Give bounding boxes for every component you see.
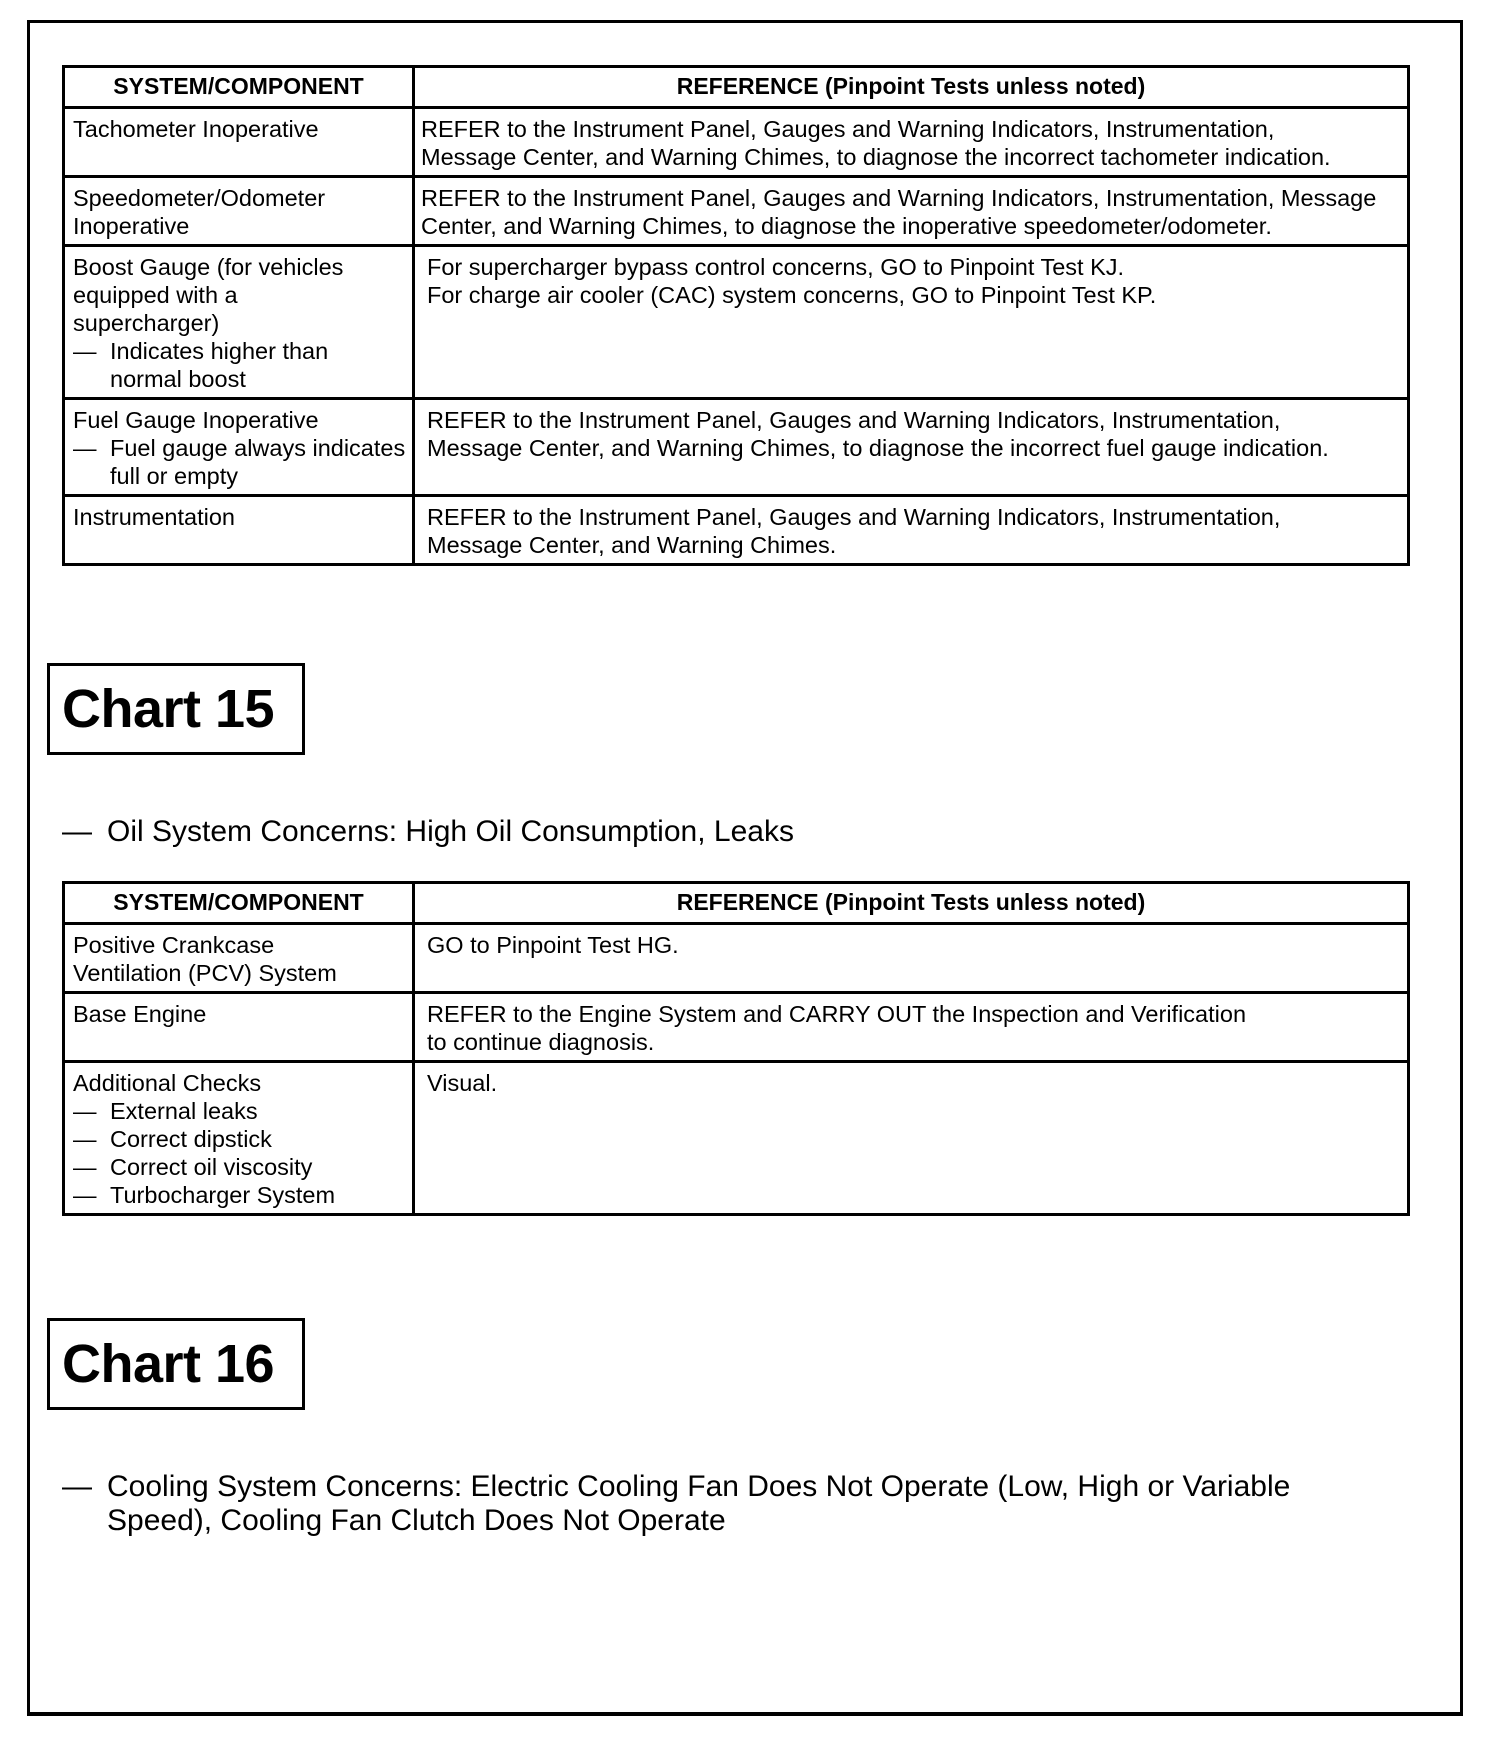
component-text: Inoperative: [73, 212, 406, 240]
reference-text: to continue diagnosis.: [427, 1028, 1401, 1056]
component-sub-text: Indicates higher than normal boost: [110, 338, 328, 392]
chart-16-subtitle: —Cooling System Concerns: Electric Cooli…: [62, 1470, 1402, 1538]
component-cell: Positive Crankcase Ventilation (PCV) Sys…: [64, 924, 414, 993]
reference-text: REFER to the Instrument Panel, Gauges an…: [421, 184, 1401, 212]
component-sub-item: —Indicates higher than normal boost: [73, 337, 406, 393]
reference-text: Center, and Warning Chimes, to diagnose …: [421, 212, 1401, 240]
column-header-reference: REFERENCE (Pinpoint Tests unless noted): [414, 883, 1409, 924]
reference-text: Message Center, and Warning Chimes.: [427, 531, 1401, 559]
component-sub-text: Correct dipstick: [110, 1126, 272, 1152]
reference-cell: REFER to the Instrument Panel, Gauges an…: [414, 496, 1409, 565]
reference-text: For charge air cooler (CAC) system conce…: [427, 281, 1401, 309]
reference-text: REFER to the Instrument Panel, Gauges an…: [421, 115, 1401, 143]
component-text: Speedometer/Odometer: [73, 184, 406, 212]
component-cell: Instrumentation: [64, 496, 414, 565]
chart-15-title: Chart 15: [62, 679, 274, 739]
component-sub-text: External leaks: [110, 1098, 258, 1124]
reference-text: Visual.: [427, 1069, 1401, 1097]
component-text: Tachometer Inoperative: [73, 115, 406, 143]
component-sub-item: —Fuel gauge always indicates full or emp…: [73, 434, 406, 490]
component-sub-text: Correct oil viscosity: [110, 1154, 312, 1180]
table-row: Additional Checks —External leaks —Corre…: [64, 1062, 1409, 1215]
reference-cell: REFER to the Instrument Panel, Gauges an…: [414, 177, 1409, 246]
chart-16-subtitle-line-2: Speed), Cooling Fan Clutch Does Not Oper…: [62, 1504, 1402, 1538]
dash-glyph: —: [73, 1181, 110, 1209]
component-text: Fuel Gauge Inoperative: [73, 406, 406, 434]
table-row: Instrumentation REFER to the Instrument …: [64, 496, 1409, 565]
component-cell: Tachometer Inoperative: [64, 108, 414, 177]
component-cell: Additional Checks —External leaks —Corre…: [64, 1062, 414, 1215]
component-cell: Fuel Gauge Inoperative —Fuel gauge alway…: [64, 399, 414, 496]
component-sub-item: —Correct oil viscosity: [73, 1153, 406, 1181]
component-text: Instrumentation: [73, 503, 406, 531]
component-text: supercharger): [73, 309, 406, 337]
table-row: Fuel Gauge Inoperative —Fuel gauge alway…: [64, 399, 1409, 496]
chart-16-subtitle-line-1: Cooling System Concerns: Electric Coolin…: [107, 1470, 1290, 1503]
dash-glyph: —: [62, 1470, 107, 1504]
reference-text: REFER to the Instrument Panel, Gauges an…: [427, 406, 1401, 434]
dash-glyph: —: [73, 1097, 110, 1125]
reference-cell: GO to Pinpoint Test HG.: [414, 924, 1409, 993]
reference-text: REFER to the Instrument Panel, Gauges an…: [427, 503, 1401, 531]
component-cell: Boost Gauge (for vehicles equipped with …: [64, 246, 414, 399]
reference-cell: Visual.: [414, 1062, 1409, 1215]
reference-cell: REFER to the Instrument Panel, Gauges an…: [414, 108, 1409, 177]
component-text: Ventilation (PCV) System: [73, 959, 406, 987]
reference-cell: For supercharger bypass control concerns…: [414, 246, 1409, 399]
component-sub-text: Fuel gauge always indicates full or empt…: [110, 435, 405, 489]
component-sub-item: —Turbocharger System: [73, 1181, 406, 1209]
column-header-reference: REFERENCE (Pinpoint Tests unless noted): [414, 67, 1409, 108]
reference-text: Message Center, and Warning Chimes, to d…: [421, 143, 1401, 171]
table-row: Tachometer Inoperative REFER to the Inst…: [64, 108, 1409, 177]
column-header-system-component: SYSTEM/COMPONENT: [64, 67, 414, 108]
reference-text: GO to Pinpoint Test HG.: [427, 931, 1401, 959]
component-text: Base Engine: [73, 1000, 406, 1028]
dash-glyph: —: [73, 337, 110, 365]
chart-15-subtitle: —Oil System Concerns: High Oil Consumpti…: [62, 815, 1402, 849]
component-text: Positive Crankcase: [73, 931, 406, 959]
component-text: Additional Checks: [73, 1069, 406, 1097]
table-row: Speedometer/Odometer Inoperative REFER t…: [64, 177, 1409, 246]
component-sub-item: —External leaks: [73, 1097, 406, 1125]
table-row: Positive Crankcase Ventilation (PCV) Sys…: [64, 924, 1409, 993]
component-text: Boost Gauge (for vehicles: [73, 253, 406, 281]
component-sub-text: Turbocharger System: [110, 1182, 335, 1208]
dash-glyph: —: [73, 1153, 110, 1181]
reference-text: For supercharger bypass control concerns…: [427, 253, 1401, 281]
table-row: Base Engine REFER to the Engine System a…: [64, 993, 1409, 1062]
component-cell: Speedometer/Odometer Inoperative: [64, 177, 414, 246]
instrumentation-diagnosis-table: SYSTEM/COMPONENT REFERENCE (Pinpoint Tes…: [62, 65, 1410, 566]
chart-15-subtitle-text: Oil System Concerns: High Oil Consumptio…: [107, 815, 794, 848]
chart-16-title: Chart 16: [62, 1334, 274, 1394]
reference-text: Message Center, and Warning Chimes, to d…: [427, 434, 1401, 462]
oil-system-diagnosis-table: SYSTEM/COMPONENT REFERENCE (Pinpoint Tes…: [62, 881, 1410, 1216]
column-header-system-component: SYSTEM/COMPONENT: [64, 883, 414, 924]
reference-cell: REFER to the Engine System and CARRY OUT…: [414, 993, 1409, 1062]
table-header-row: SYSTEM/COMPONENT REFERENCE (Pinpoint Tes…: [64, 67, 1409, 108]
dash-glyph: —: [73, 434, 110, 462]
table-header-row: SYSTEM/COMPONENT REFERENCE (Pinpoint Tes…: [64, 883, 1409, 924]
dash-glyph: —: [62, 815, 107, 849]
component-cell: Base Engine: [64, 993, 414, 1062]
dash-glyph: —: [73, 1125, 110, 1153]
chart-16-title-box: Chart 16: [47, 1318, 305, 1410]
reference-cell: REFER to the Instrument Panel, Gauges an…: [414, 399, 1409, 496]
component-text: equipped with a: [73, 281, 406, 309]
table-row: Boost Gauge (for vehicles equipped with …: [64, 246, 1409, 399]
reference-text: REFER to the Engine System and CARRY OUT…: [427, 1000, 1401, 1028]
chart-15-title-box: Chart 15: [47, 663, 305, 755]
component-sub-item: —Correct dipstick: [73, 1125, 406, 1153]
